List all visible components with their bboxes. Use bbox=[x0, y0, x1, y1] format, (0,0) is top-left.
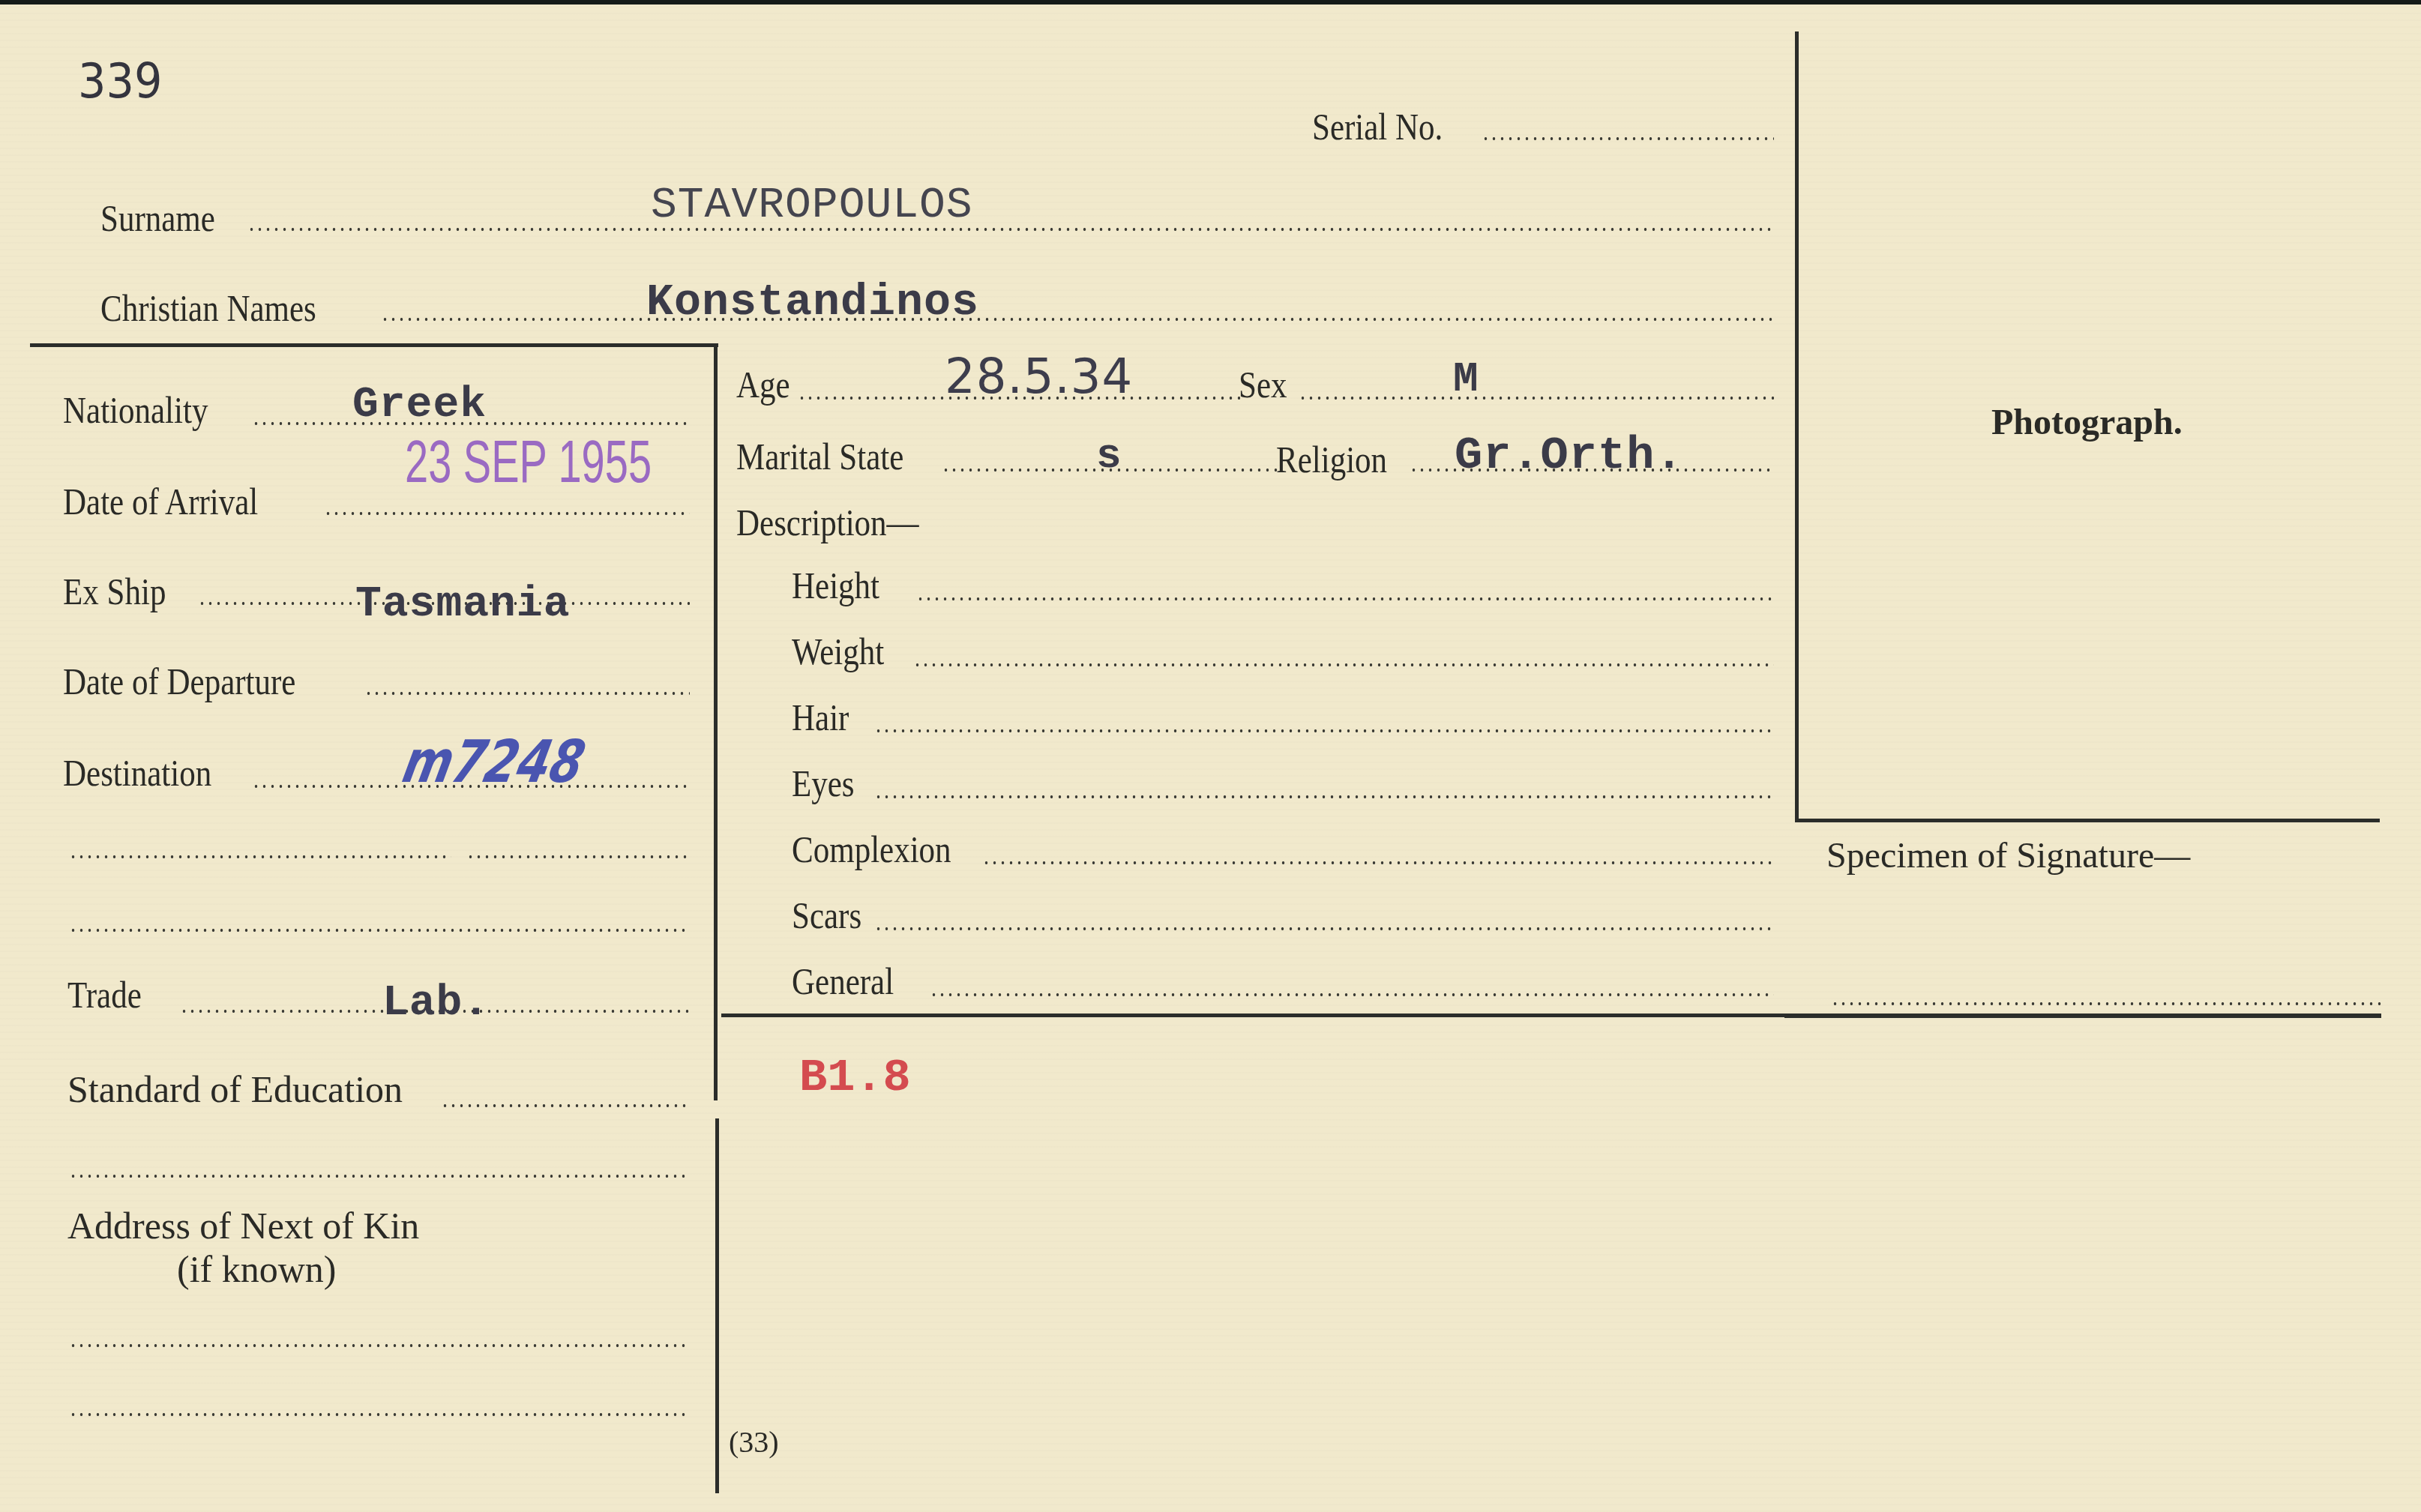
sex-value[interactable]: M bbox=[1453, 355, 1479, 403]
photograph-area[interactable] bbox=[1799, 31, 2381, 819]
height-label: Height bbox=[792, 564, 879, 607]
age-label: Age bbox=[736, 363, 790, 406]
surname-field-line bbox=[247, 227, 1774, 232]
complexion-field[interactable] bbox=[982, 861, 1774, 865]
christian-names-label: Christian Names bbox=[100, 286, 316, 330]
religion-label: Religion bbox=[1276, 438, 1387, 481]
immigration-record-card: 339 Serial No. Surname STAVROPOULOS Chri… bbox=[0, 4, 2421, 1512]
sex-label: Sex bbox=[1239, 363, 1287, 406]
divider-left-top bbox=[30, 343, 718, 347]
standard-of-education-label: Standard of Education bbox=[67, 1067, 403, 1111]
christian-names-field-line bbox=[381, 317, 1774, 322]
next-of-kin-line-1[interactable] bbox=[69, 1343, 690, 1348]
description-heading: Description— bbox=[736, 501, 919, 544]
ex-ship-value[interactable]: Tasmania bbox=[355, 580, 570, 629]
religion-value[interactable]: Gr.Orth. bbox=[1455, 429, 1684, 482]
hair-label: Hair bbox=[792, 696, 849, 739]
date-of-arrival-field-line bbox=[324, 511, 690, 516]
blank-line-1b[interactable] bbox=[466, 855, 690, 859]
blank-line-2[interactable] bbox=[69, 928, 690, 933]
date-of-departure-field[interactable] bbox=[364, 691, 690, 696]
hair-field[interactable] bbox=[874, 729, 1774, 733]
divider-left-middle-lower bbox=[715, 1118, 719, 1493]
date-of-departure-label: Date of Departure bbox=[63, 660, 295, 703]
red-annotation: B1.8 bbox=[799, 1051, 911, 1104]
marital-state-label: Marital State bbox=[736, 435, 903, 478]
christian-names-value[interactable]: Konstandinos bbox=[646, 277, 979, 328]
blank-line-1a[interactable] bbox=[69, 855, 451, 859]
eyes-label: Eyes bbox=[792, 762, 855, 805]
surname-label: Surname bbox=[100, 196, 215, 240]
next-of-kin-sublabel: (if known) bbox=[177, 1247, 336, 1291]
scars-label: Scars bbox=[792, 894, 861, 937]
education-blank-line[interactable] bbox=[69, 1174, 690, 1178]
form-code: (33) bbox=[729, 1424, 779, 1460]
trade-label: Trade bbox=[67, 973, 142, 1016]
age-value[interactable]: 28.5.34 bbox=[945, 349, 1133, 405]
weight-field[interactable] bbox=[913, 663, 1774, 667]
next-of-kin-line-2[interactable] bbox=[69, 1412, 690, 1417]
nationality-label: Nationality bbox=[63, 388, 208, 432]
ex-ship-label: Ex Ship bbox=[63, 570, 166, 613]
destination-value[interactable]: m7248 bbox=[397, 729, 591, 796]
date-of-arrival-label: Date of Arrival bbox=[63, 480, 258, 523]
weight-label: Weight bbox=[792, 630, 884, 673]
complexion-label: Complexion bbox=[792, 828, 951, 871]
signature-underline bbox=[1784, 1015, 2381, 1018]
serial-no-field[interactable] bbox=[1482, 136, 1774, 141]
signature-label: Specimen of Signature— bbox=[1826, 835, 2190, 876]
destination-label: Destination bbox=[63, 751, 211, 795]
scars-field[interactable] bbox=[874, 927, 1774, 931]
eyes-field[interactable] bbox=[874, 795, 1774, 799]
general-label: General bbox=[792, 960, 894, 1003]
arrival-date-stamp[interactable]: 23 SEP 1955 bbox=[405, 427, 652, 496]
sex-field-line bbox=[1299, 396, 1774, 400]
surname-value[interactable]: STAVROPOULOS bbox=[651, 181, 973, 230]
signature-field[interactable] bbox=[1831, 1002, 2381, 1006]
standard-of-education-field[interactable] bbox=[441, 1103, 690, 1108]
next-of-kin-label: Address of Next of Kin bbox=[67, 1204, 419, 1247]
height-field[interactable] bbox=[916, 597, 1774, 601]
trade-value[interactable]: Lab. bbox=[382, 979, 490, 1028]
nationality-value[interactable]: Greek bbox=[352, 381, 487, 430]
general-field[interactable] bbox=[930, 993, 1774, 997]
photo-box-left-border bbox=[1795, 31, 1799, 822]
marital-state-value[interactable]: s bbox=[1096, 432, 1122, 480]
serial-no-label: Serial No. bbox=[1312, 105, 1443, 148]
divider-left-middle-upper bbox=[714, 343, 718, 1100]
photo-box-bottom-border bbox=[1795, 819, 2380, 822]
card-number: 339 bbox=[78, 54, 162, 109]
